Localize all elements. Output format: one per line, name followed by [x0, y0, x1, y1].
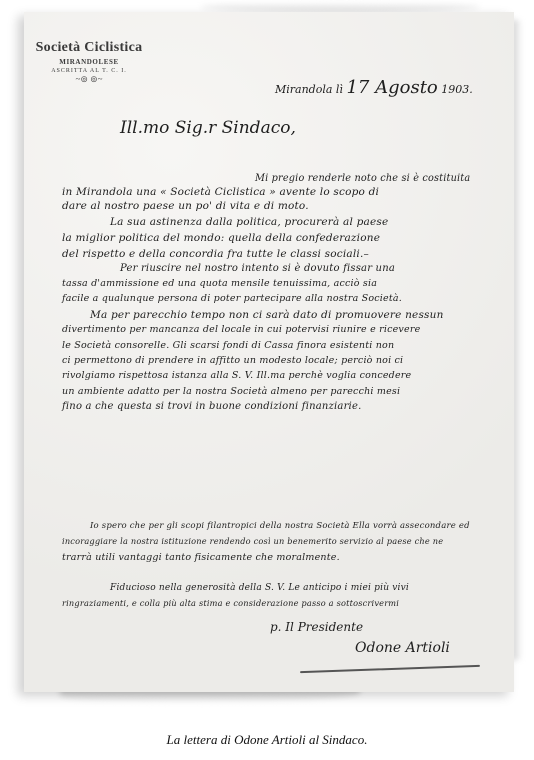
letter-line: del rispetto e della concordia fra tutte…: [62, 248, 369, 260]
letterhead-subtitle: MIRANDOLESE: [34, 58, 144, 66]
letter-line: tassa d'ammissione ed una quota mensile …: [62, 278, 377, 289]
letter-line: ci permettono di prendere in affitto un …: [62, 355, 403, 366]
letterhead-name: Società Ciclistica: [34, 40, 144, 56]
caption: La lettera di Odone Artioli al Sindaco.: [0, 732, 534, 748]
letter-line: divertimento per mancanza del locale in …: [62, 324, 420, 335]
date-year: 1903.: [441, 83, 473, 96]
letter-line: facile a qualunque persona di poter part…: [62, 293, 402, 304]
letter-line: La sua astinenza dalla politica, procure…: [110, 216, 388, 228]
letter-line: Io spero che per gli scopi filantropici …: [90, 521, 470, 531]
letter-line: le Società consorelle. Gli scarsi fondi …: [62, 340, 394, 351]
letter-line: un ambiente adatto per la nostra Società…: [62, 386, 400, 397]
letter-line: rivolgiamo rispettosa istanza alla S. V.…: [62, 370, 411, 381]
letter-line: incoraggiare la nostra istituzione rende…: [62, 536, 443, 546]
letter-line: la miglior politica del mondo: quella de…: [62, 232, 380, 244]
ornament-icon: ~⊚ ⊚~: [34, 74, 144, 85]
page-shadow-top: [200, 2, 480, 12]
signoff: p. Il Presidente: [270, 620, 363, 634]
letter-line: ringraziamenti, e colla più alta stima e…: [62, 598, 399, 608]
letter-line: Mi pregio renderle noto che si è costitu…: [255, 172, 470, 184]
letter-line: Ma per parecchio tempo non ci sarà dato …: [90, 309, 444, 321]
date-line: Mirandola lì 17 Agosto 1903.: [275, 77, 473, 98]
letter-line: Per riuscire nel nostro intento si è dov…: [120, 263, 395, 274]
date-place: Mirandola lì: [275, 83, 343, 96]
date-day-month: 17 Agosto: [346, 77, 437, 98]
letter-line: Fiducioso nella generosità della S. V. L…: [110, 583, 409, 593]
letter-line: in Mirandola una « Società Ciclistica » …: [62, 186, 379, 198]
salutation: Ill.mo Sig.r Sindaco,: [120, 118, 296, 138]
letter-line: dare al nostro paese un po' di vita e di…: [62, 200, 309, 212]
letterhead: Società Ciclistica MIRANDOLESE ASCRITTA …: [34, 40, 144, 85]
letter-line: trarrà utili vantaggi tanto fisicamente …: [62, 552, 340, 563]
signature: Odone Artioli: [355, 640, 450, 656]
letter-line: fino a che questa si trovi in buone cond…: [62, 401, 361, 412]
